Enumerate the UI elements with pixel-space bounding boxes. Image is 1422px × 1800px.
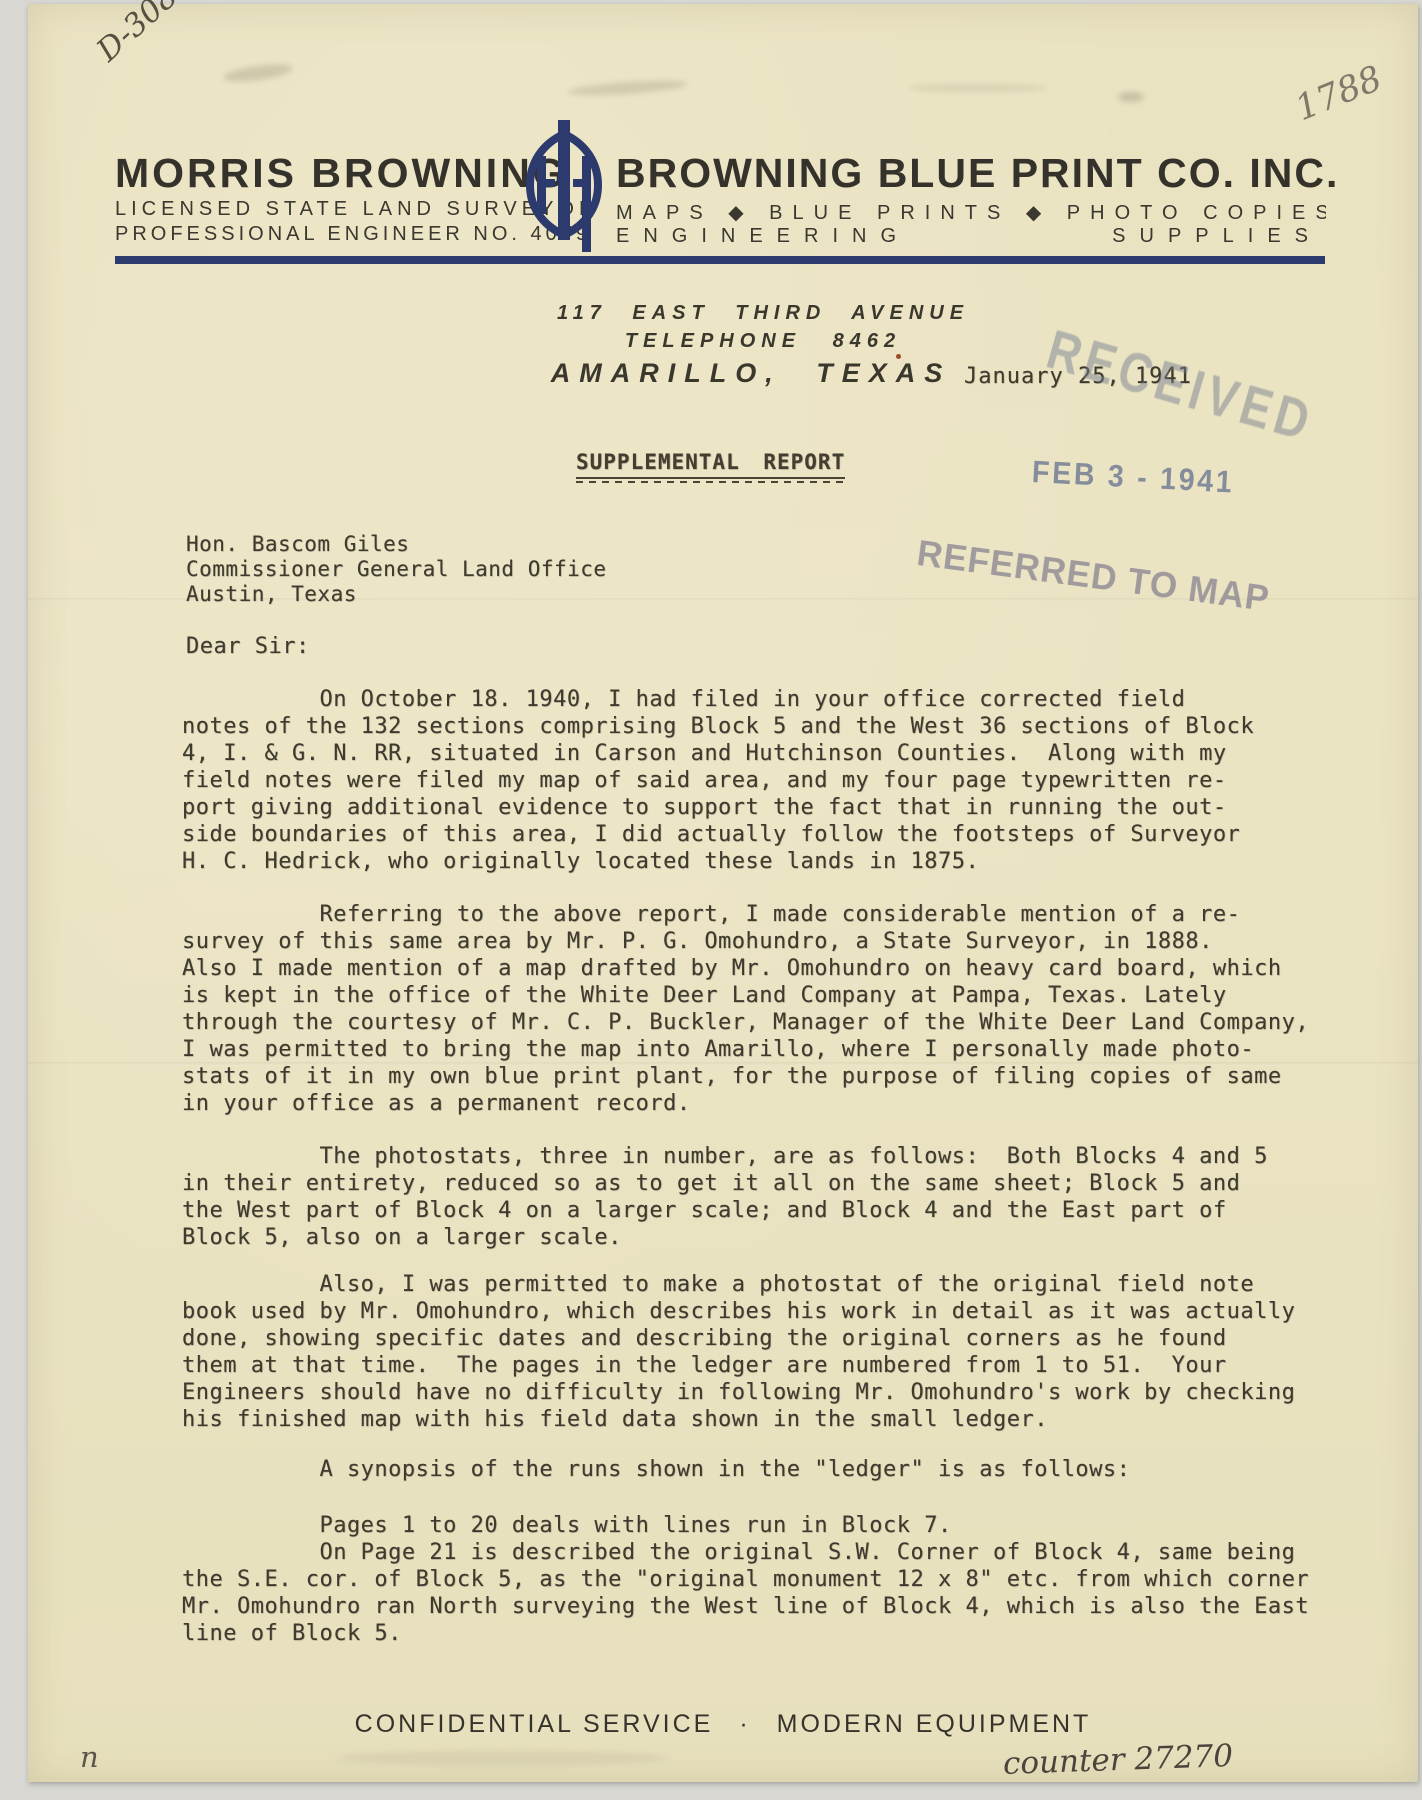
body-paragraph-1: On October 18. 1940, I had filed in your…: [182, 686, 1254, 875]
received-stamp: RECEIVED: [1040, 316, 1321, 454]
bbp-monogram-icon: [516, 116, 612, 252]
body-paragraph-2: Referring to the above report, I made co…: [182, 901, 1309, 1117]
ink-speck: [896, 354, 901, 359]
pencil-smudge: [908, 84, 1048, 92]
body-paragraph-3: The photostats, three in number, are as …: [182, 1143, 1268, 1251]
letterhead-company-name: BROWNING BLUE PRINT CO. INC.: [616, 150, 1339, 197]
body-paragraph-4: Also, I was permitted to make a photosta…: [182, 1271, 1295, 1433]
recipient-address-block: Hon. Bascom Giles Commissioner General L…: [186, 532, 607, 607]
street-address: 117 EAST THIRD AVENUE: [528, 302, 998, 325]
bbp-monogram-logo: [516, 116, 612, 252]
letterhead-divider-rule: [115, 256, 1325, 264]
erased-pencil-text: [338, 1750, 668, 1766]
letterhead-services-word-engineering: ENGINEERING: [616, 225, 910, 248]
received-date-stamp: FEB 3 - 1941: [1031, 454, 1235, 501]
handwritten-check-mark: n: [80, 1740, 99, 1774]
report-heading: SUPPLEMENTAL REPORT: [576, 450, 845, 479]
pencil-smudge: [568, 78, 689, 98]
handwritten-file-code: D-308: [90, 0, 185, 69]
pencil-smudge: [1118, 92, 1144, 102]
referred-to-map-stamp: REFERRED TO MAP: [915, 532, 1273, 620]
heading-underline-dashes: [576, 481, 845, 483]
handwritten-page-number: 1788: [1290, 59, 1388, 129]
letterhead-services-word-supplies: SUPPLIES: [1112, 225, 1322, 248]
body-paragraph-6: Pages 1 to 20 deals with lines run in Bl…: [182, 1512, 1309, 1647]
telephone-line: TELEPHONE 8462: [528, 330, 998, 353]
scanned-letter-page: { "annotations": { "top_left_code": "D-3…: [0, 0, 1422, 1800]
salutation: Dear Sir:: [186, 634, 310, 659]
body-paragraph-5: A synopsis of the runs shown in the "led…: [182, 1456, 1130, 1483]
handwritten-counter-note: counter 27270: [1002, 1738, 1233, 1782]
letter-paper: D-308 1788 MORRIS BROWNING LICENSED STAT…: [28, 4, 1418, 1782]
letterhead-services-line1: MAPS ◆ BLUE PRINTS ◆ PHOTO COPIES: [616, 200, 1326, 225]
pencil-smudge: [222, 61, 293, 85]
letterhead-owner-name: MORRIS BROWNING: [115, 150, 568, 197]
footer-slogan-right: MODERN EQUIPMENT: [777, 1710, 1092, 1739]
footer-slogan-left: CONFIDENTIAL SERVICE: [355, 1710, 714, 1739]
footer-slogan-separator: ·: [739, 1710, 750, 1739]
city-state-line: AMARILLO, TEXAS: [516, 358, 986, 389]
